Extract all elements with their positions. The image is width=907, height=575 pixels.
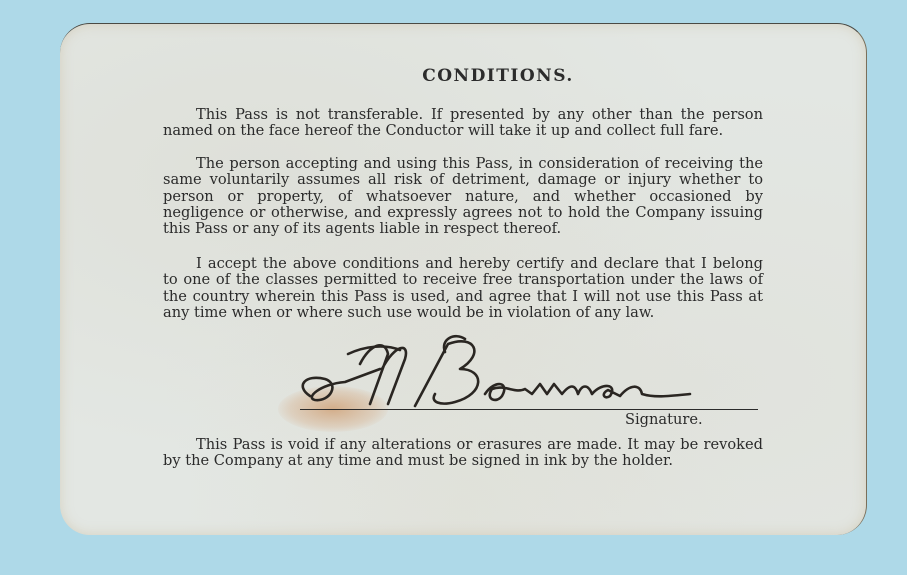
paragraph-certification: I accept the above conditions and hereby… (163, 256, 763, 321)
conditions-heading: CONDITIONS. (60, 66, 866, 86)
paragraph-transferability: This Pass is not transferable. If presen… (163, 107, 763, 140)
signature-block: Signature. (270, 324, 770, 434)
paragraph-void-conditions: This Pass is void if any alterations or … (163, 437, 763, 470)
pass-card: CONDITIONS. This Pass is not transferabl… (60, 23, 867, 535)
handwritten-signature-icon (270, 324, 770, 419)
signature-label: Signature. (625, 411, 703, 428)
paragraph-liability: The person accepting and using this Pass… (163, 156, 763, 237)
signature-line (300, 409, 758, 410)
